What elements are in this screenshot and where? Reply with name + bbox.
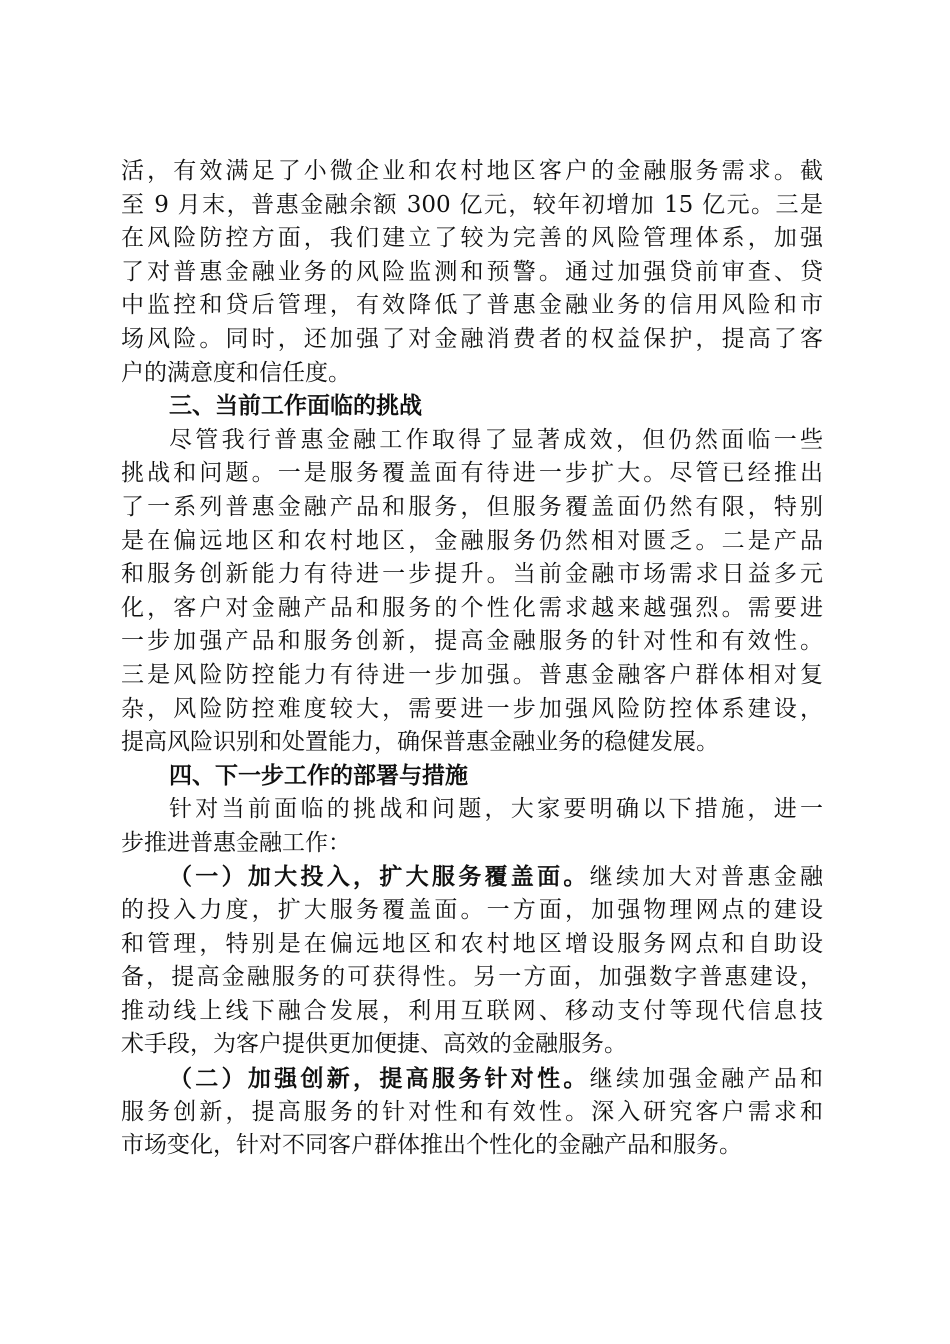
text-line: 的投入力度，扩大服务覆盖面。一方面，加强物理网点的建设 bbox=[121, 894, 823, 928]
text-line: 和服务创新能力有待进一步提升。当前金融市场需求日益多元 bbox=[121, 558, 823, 592]
paragraph-achievements: 活，有效满足了小微企业和农村地区客户的金融服务需求。截 至 9 月末，普惠金融余… bbox=[121, 155, 823, 390]
text-line: 尽管我行普惠金融工作取得了显著成效，但仍然面临一些 bbox=[121, 424, 823, 458]
text-line: 户的满意度和信任度。 bbox=[121, 357, 823, 391]
document-page: 活，有效满足了小微企业和农村地区客户的金融服务需求。截 至 9 月末，普惠金融余… bbox=[121, 155, 823, 1163]
text-line: 活，有效满足了小微企业和农村地区客户的金融服务需求。截 bbox=[121, 155, 823, 189]
measure-2-title: （二）加强创新，提高服务针对性。 bbox=[169, 1065, 590, 1092]
text-line: 步推进普惠金融工作： bbox=[121, 827, 823, 861]
text-line: 挑战和问题。一是服务覆盖面有待进一步扩大。尽管已经推出 bbox=[121, 457, 823, 491]
paragraph-challenges: 尽管我行普惠金融工作取得了显著成效，但仍然面临一些 挑战和问题。一是服务覆盖面有… bbox=[121, 424, 823, 760]
text-line: 中监控和贷后管理，有效降低了普惠金融业务的信用风险和市 bbox=[121, 289, 823, 323]
section-heading-challenges: 三、当前工作面临的挑战 bbox=[121, 390, 823, 424]
text-line: 服务创新，提高服务的针对性和有效性。深入研究客户需求和 bbox=[121, 1096, 823, 1130]
text-line: 三是风险防控能力有待进一步加强。普惠金融客户群体相对复 bbox=[121, 659, 823, 693]
text-line: （二）加强创新，提高服务针对性。继续加强金融产品和 bbox=[121, 1062, 823, 1096]
text-line: 化，客户对金融产品和服务的个性化需求越来越强烈。需要进 bbox=[121, 592, 823, 626]
text-line: 在风险防控方面，我们建立了较为完善的风险管理体系，加强 bbox=[121, 222, 823, 256]
text-line: 备，提高金融服务的可获得性。另一方面，加强数字普惠建设， bbox=[121, 961, 823, 995]
measure-2-text: 继续加强金融产品和 bbox=[590, 1066, 823, 1092]
text-line: 推动线上线下融合发展，利用互联网、移动支付等现代信息技 bbox=[121, 995, 823, 1029]
text-line: 了一系列普惠金融产品和服务，但服务覆盖面仍然有限，特别 bbox=[121, 491, 823, 525]
paragraph-measure-2: （二）加强创新，提高服务针对性。继续加强金融产品和 服务创新，提高服务的针对性和… bbox=[121, 1062, 823, 1163]
paragraph-measure-1: （一）加大投入，扩大服务覆盖面。继续加大对普惠金融 的投入力度，扩大服务覆盖面。… bbox=[121, 860, 823, 1062]
text-line: 至 9 月末，普惠金融余额 300 亿元，较年初增加 15 亿元。三是 bbox=[121, 189, 823, 223]
text-line: 了对普惠金融业务的风险监测和预警。通过加强贷前审查、贷 bbox=[121, 256, 823, 290]
text-line: 杂，风险防控难度较大，需要进一步加强风险防控体系建设， bbox=[121, 693, 823, 727]
measure-1-title: （一）加大投入，扩大服务覆盖面。 bbox=[169, 863, 590, 890]
measure-1-text: 继续加大对普惠金融 bbox=[590, 864, 823, 890]
paragraph-measures-intro: 针对当前面临的挑战和问题，大家要明确以下措施，进一 步推进普惠金融工作： bbox=[121, 793, 823, 860]
text-line: 术手段，为客户提供更加便捷、高效的金融服务。 bbox=[121, 1028, 823, 1062]
text-line: 和管理，特别是在偏远地区和农村地区增设服务网点和自助设 bbox=[121, 928, 823, 962]
text-line: 市场变化，针对不同客户群体推出个性化的金融产品和服务。 bbox=[121, 1129, 823, 1163]
text-line: （一）加大投入，扩大服务覆盖面。继续加大对普惠金融 bbox=[121, 860, 823, 894]
section-heading-measures: 四、下一步工作的部署与措施 bbox=[121, 760, 823, 794]
text-line: 场风险。同时，还加强了对金融消费者的权益保护，提高了客 bbox=[121, 323, 823, 357]
text-line: 一步加强产品和服务创新，提高金融服务的针对性和有效性。 bbox=[121, 625, 823, 659]
text-line: 是在偏远地区和农村地区，金融服务仍然相对匮乏。二是产品 bbox=[121, 525, 823, 559]
text-line: 针对当前面临的挑战和问题，大家要明确以下措施，进一 bbox=[121, 793, 823, 827]
text-line: 提高风险识别和处置能力，确保普惠金融业务的稳健发展。 bbox=[121, 726, 823, 760]
